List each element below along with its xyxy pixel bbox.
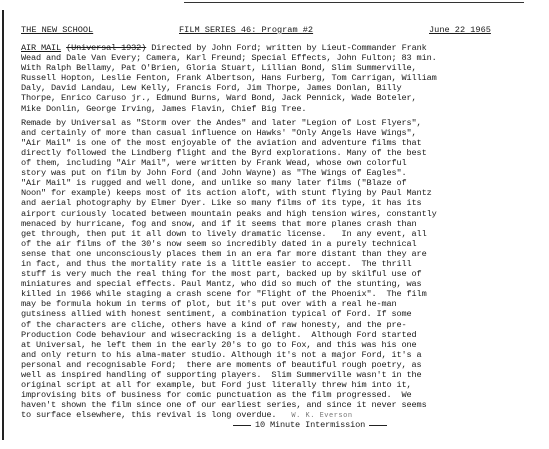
credits-line: Daly, David Landau, Lew Kelly, Francis F…	[21, 83, 549, 93]
body-line: airport curiously located between mounta…	[21, 209, 549, 219]
body-line: at Universal, he left them in the early …	[21, 340, 549, 350]
body-line: personal and recognisable Ford; there ar…	[21, 360, 549, 370]
body-line: and only return to his alma-mater studio…	[21, 350, 549, 360]
signature: W. K. Everson	[291, 412, 352, 420]
body-line: of them, including "Air Mail", were writ…	[21, 158, 549, 168]
review-body: Remade by Universal as "Storm over the A…	[21, 118, 549, 431]
body-line: improvising bits of business for comic p…	[21, 390, 549, 400]
series-program: FILM SERIES 46: Program #2	[179, 25, 313, 36]
body-line-last: to surface elsewhere, this revival is lo…	[21, 410, 549, 420]
credits-line: With Ralph Bellamy, Pat O'Brien, Gloria …	[21, 63, 549, 73]
body-line: and certainly of more than casual influe…	[21, 128, 549, 138]
body-line: killed in 1966 while staging a crash sce…	[21, 289, 549, 299]
film-title: AIR MAIL	[21, 43, 61, 53]
body-line: of the characters are cliche, others hav…	[21, 320, 549, 330]
top-rule	[184, 2, 524, 3]
body-line: original script at all for example, but …	[21, 380, 549, 390]
body-line: "Air Mail" is one of the most enjoyable …	[21, 138, 549, 148]
body-line: sense that one unconsciously places them…	[21, 249, 549, 259]
intermission-text: 10 Minute Intermission	[255, 420, 365, 430]
body-line: gutsiness allied with honest sentiment, …	[21, 309, 549, 319]
credits-line-first: AIR MAIL (Universal 1932) Directed by Jo…	[21, 43, 549, 53]
right-dash	[369, 425, 387, 426]
body-line: may be formula hokum in terms of plot, b…	[21, 299, 549, 309]
body-line: and aerial photography by Elmer Dyer. Li…	[21, 198, 549, 208]
body-line: Noon" for example) keeps most of its act…	[21, 188, 549, 198]
credits-line: Russell Hopton, Leslie Fenton, Frank Alb…	[21, 73, 549, 83]
credits-line: Mike Donlin, George Irving, James Flavin…	[21, 104, 549, 114]
body-line: get through, then put it all down to liv…	[21, 229, 549, 239]
body-line: of the air films of the 30's now seem so…	[21, 239, 549, 249]
body-line: well as inspired handling of supporting …	[21, 370, 549, 380]
credits-line: Thorpe, Enrico Caruso jr., Edmund Burns,…	[21, 93, 549, 103]
intermission-line: 10 Minute Intermission	[21, 420, 549, 430]
credits-line: Directed by John Ford; written by Lieut-…	[151, 43, 426, 53]
body-line: directly followed the Lindberg flight an…	[21, 148, 549, 158]
left-margin-bar	[2, 10, 4, 440]
body-line: in fact, and thus the mortality rate is …	[21, 259, 549, 269]
body-line: Remade by Universal as "Storm over the A…	[21, 118, 549, 128]
program-notes: AIR MAIL (Universal 1932) Directed by Jo…	[21, 43, 549, 431]
body-line: stuff is very much the real thing for th…	[21, 269, 549, 279]
program-date: June 22 1965	[429, 25, 491, 36]
body-line: "Air Mail" is rugged and well done, and …	[21, 178, 549, 188]
body-line: story was put on film by John Ford (and …	[21, 168, 549, 178]
body-line: menaced by hurricane, fog and snow, and …	[21, 219, 549, 229]
left-dash	[233, 425, 251, 426]
institution-name: THE NEW SCHOOL	[21, 25, 93, 36]
body-line: haven't shown the film since one of our …	[21, 400, 549, 410]
body-line: to surface elsewhere, this revival is lo…	[21, 410, 276, 420]
body-line: Production Code behaviour and wisecracki…	[21, 330, 549, 340]
credits-line: Wead and Dale Van Every; Camera, Karl Fr…	[21, 53, 549, 63]
body-line: miniatures and special effects. Paul Man…	[21, 279, 549, 289]
studio-year: (Universal 1932)	[66, 43, 146, 53]
credits-block: AIR MAIL (Universal 1932) Directed by Jo…	[21, 43, 549, 114]
